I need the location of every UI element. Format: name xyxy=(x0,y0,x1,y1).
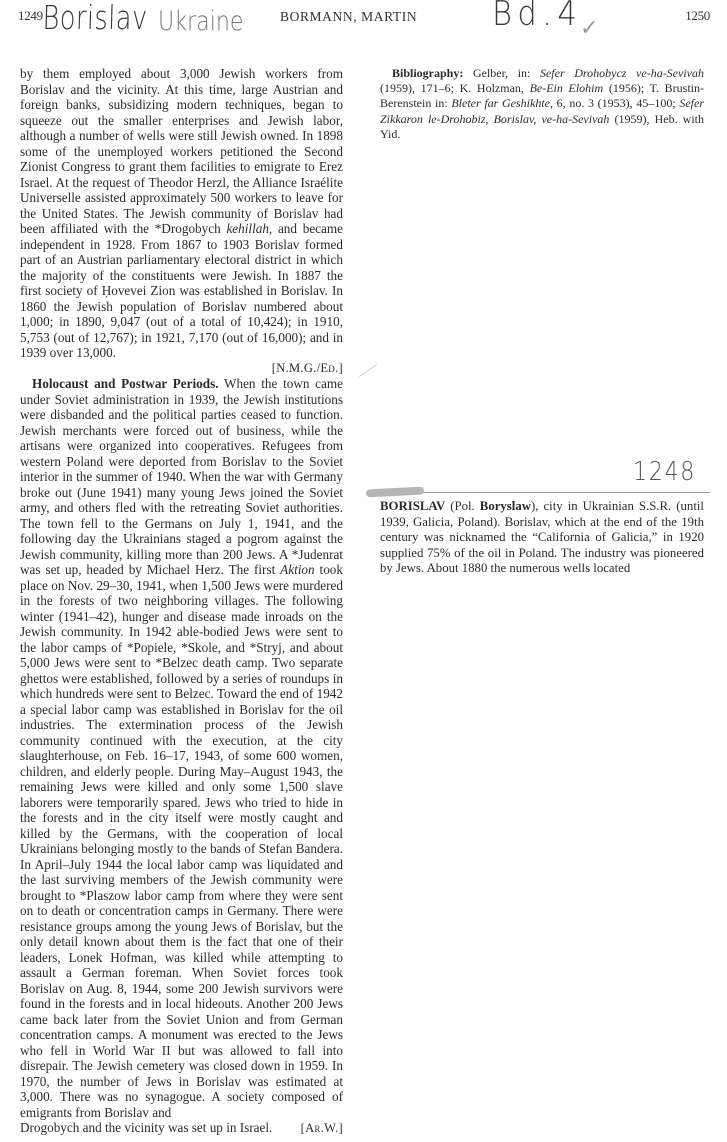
running-head: BORMANN, MARTIN xyxy=(280,9,417,25)
handwritten-entry-number: 1248 xyxy=(633,457,696,487)
handwritten-country-note: Ukraine xyxy=(158,6,244,37)
bibliography-label: Bibliography: xyxy=(392,66,463,80)
section-heading: Holocaust and Postwar Periods. xyxy=(32,376,219,391)
author-signature: [N.M.G./Ed.] xyxy=(20,361,343,377)
handwritten-check-icon: ✓ xyxy=(580,16,598,41)
page-number-left: 1249 xyxy=(18,8,43,24)
paragraph-history: by them employed about 3,000 Jewish work… xyxy=(20,66,343,361)
left-column: by them employed about 3,000 Jewish work… xyxy=(20,66,343,1137)
right-column-bibliography: Bibliography: Gelber, in: Sefer Drohobyc… xyxy=(380,66,704,142)
author-signature: [Ar.W.] xyxy=(301,1121,343,1137)
entry-borislav: BORISLAV (Pol. Boryslaw), city in Ukrain… xyxy=(380,499,704,577)
closing-line: Drogobych and the vicinity was set up in… xyxy=(20,1120,343,1137)
paragraph-holocaust: Holocaust and Postwar Periods. When the … xyxy=(20,376,343,1120)
pencil-scribble xyxy=(366,486,424,497)
bibliography: Bibliography: Gelber, in: Sefer Drohobyc… xyxy=(380,66,704,142)
faint-pencil-mark xyxy=(359,364,378,377)
entry-alt-name: Boryslaw xyxy=(480,499,531,513)
page-number-right: 1250 xyxy=(685,8,710,24)
handwritten-place-note: Borislav xyxy=(42,0,148,37)
entry-headword: BORISLAV xyxy=(380,499,445,513)
entry-paragraph: BORISLAV (Pol. Boryslaw), city in Ukrain… xyxy=(380,499,704,577)
handwritten-volume-note: Bd.4 xyxy=(492,0,582,34)
